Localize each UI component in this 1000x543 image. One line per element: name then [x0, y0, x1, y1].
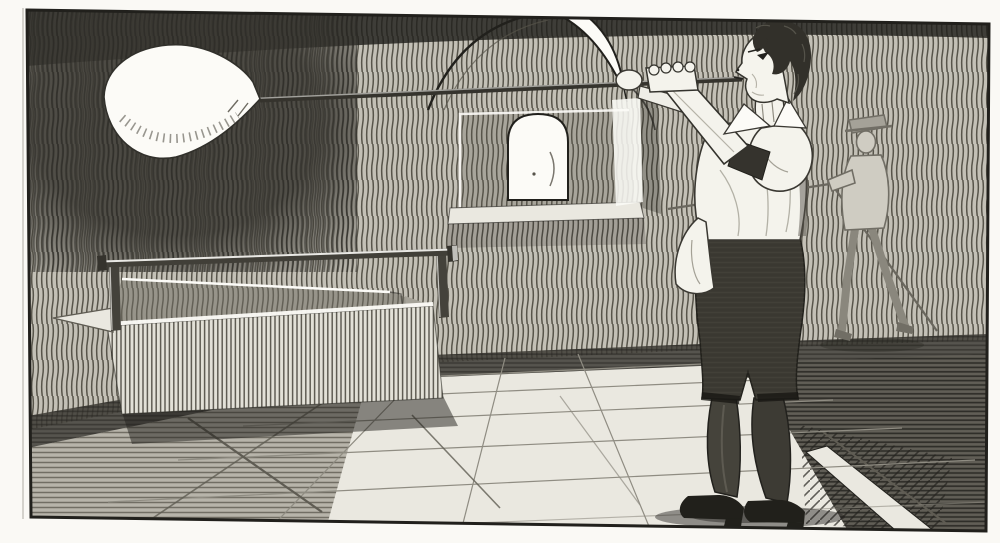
furnace-pillar-highlight — [612, 98, 643, 206]
nostril — [737, 69, 740, 72]
assistant-shadow — [820, 338, 924, 352]
far-hand — [616, 70, 642, 90]
assistant-torso — [842, 155, 889, 230]
glassblower-engraving: Glass-blower at work — vintage engraving — [0, 0, 1000, 543]
glory-hole — [508, 114, 568, 200]
engraving-page: Glass-blower at work — vintage engraving — [0, 0, 1000, 543]
assistant-head — [857, 131, 876, 153]
